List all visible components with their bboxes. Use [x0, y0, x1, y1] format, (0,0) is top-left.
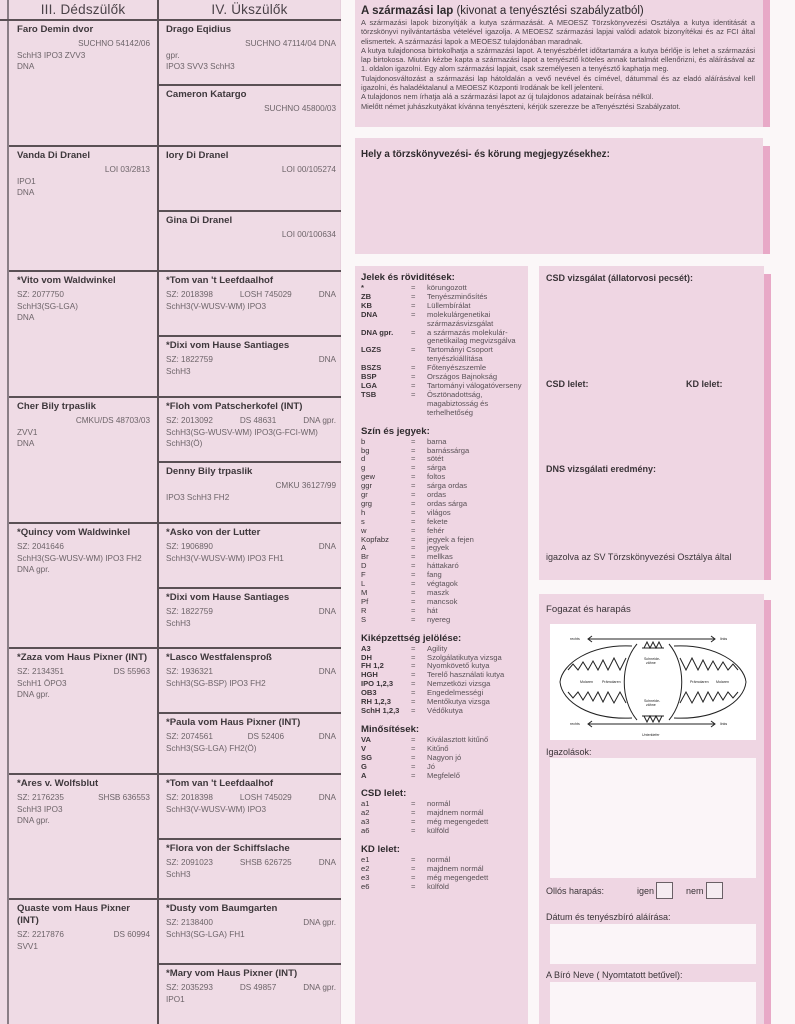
gen4-dog: Drago EqidiusSUCHNO 47114/04 DNAgpr.IPO3… — [166, 24, 336, 73]
row-divider — [158, 587, 341, 589]
registration-row: SZ: 2176235SHSB 636553 — [17, 792, 150, 804]
dog-name: Quaste vom Haus Pixner (INT) — [17, 903, 150, 927]
dog-name: *Flora von der Schiffslache — [166, 843, 336, 855]
gen4-dog: Cameron KatargoSUCHNO 45800/03 — [166, 89, 336, 115]
notes-panel: Hely a törzskönyvezési- és körung megjeg… — [355, 138, 763, 254]
dog-detail: DNA — [17, 312, 150, 324]
gen3-dog: Faro Demin dvorSUCHNO 54142/06SchH3 IPO3… — [17, 24, 150, 73]
dog-name: *Tom van 't Leefdaalhof — [166, 275, 336, 287]
dental-chart-icon: rechtslinks rechtslinks Unterkiefer Mola… — [550, 624, 756, 740]
svg-text:links: links — [720, 722, 727, 726]
row-divider — [158, 963, 341, 965]
dog-detail: SchH3(V-WUSV-WM) IPO3 — [166, 804, 336, 816]
column-divider — [157, 0, 159, 1024]
row-divider — [158, 461, 341, 463]
dog-name: *Dusty vom Baumgarten — [166, 903, 336, 915]
header-great-great-grandparents: IV. Ükszülők — [158, 0, 341, 19]
registration-row: SZ: 1906890DNA — [166, 541, 336, 553]
row-divider — [9, 396, 341, 398]
dog-name: Faro Demin dvor — [17, 24, 150, 36]
dog-name: Drago Eqidius — [166, 24, 336, 36]
row-divider — [158, 838, 341, 840]
dog-name: *Lasco Westfalensproß — [166, 652, 336, 664]
row-divider — [9, 270, 341, 272]
dog-detail: SchH3(V-WUSV-WM) IPO3 FH1 — [166, 553, 336, 565]
registration-row: SZ: 2077750 — [17, 289, 150, 301]
dog-name: *Asko von der Lutter — [166, 527, 336, 539]
header-divider — [0, 19, 341, 21]
dog-detail: SchH3 — [166, 618, 336, 630]
gen4-dog: *Tom van 't LeefdaalhofSZ: 2018398LOSH 7… — [166, 275, 336, 312]
gen4-dog: *Dixi vom Hause SantiagesSZ: 1822759DNAS… — [166, 340, 336, 377]
info-paragraph: Mielőtt német juhászkutyákat kívánna ten… — [361, 102, 755, 111]
abbreviation-row: e6=külföld — [361, 883, 524, 892]
abbreviation-row: A=Megfelelő — [361, 772, 524, 781]
registration-number: CMKU/DS 48703/03 — [17, 415, 150, 427]
row-divider — [158, 335, 341, 337]
teeth-diagram: rechtslinks rechtslinks Unterkiefer Mola… — [550, 624, 756, 740]
teeth-title: Fogazat és harapás — [546, 604, 631, 615]
registration-row: SZ: 1822759DNA — [166, 354, 336, 366]
dog-name: Iory Di Dranel — [166, 150, 336, 162]
dog-detail: SchH3(SG-LGA) — [17, 301, 150, 313]
dog-name: *Tom van 't Leefdaalhof — [166, 778, 336, 790]
abbreviation-row: DNA gpr.=a származás molekulár-genetikai… — [361, 329, 524, 347]
abbreviation-section: Minősítések:VA=Kiválasztott kitűnőV=Kitű… — [361, 724, 524, 781]
dog-detail: IPO1 — [17, 176, 150, 188]
gen3-dog: *Vito vom WaldwinkelSZ: 2077750SchH3(SG-… — [17, 275, 150, 324]
registration-row: SZ: 2138400DNA gpr. — [166, 917, 336, 929]
abbreviation-section: Szín és jegyek:b=barnabg=barnássárgad=sö… — [361, 426, 524, 625]
row-divider — [9, 145, 341, 147]
no-label: nem — [686, 886, 704, 896]
judge-name-field[interactable] — [550, 982, 756, 1024]
gen4-dog: Iory Di DranelLOI 00/105274 — [166, 150, 336, 176]
abbreviation-section: KD lelet:e1=normále2=majdnem normále3=mé… — [361, 844, 524, 892]
csd-exam-label: CSD vizsgálat (állatorvosi pecsét): — [546, 273, 693, 283]
yes-checkbox[interactable] — [656, 882, 673, 899]
section-title: Jelek és röviditések: — [361, 272, 524, 283]
dns-result-label: DNS vizsgálati eredmény: — [546, 464, 656, 474]
dog-detail: SchH3(SG-WUSV-WM) IPO3(G-FCI-WM) — [166, 427, 336, 439]
gen3-dog: *Ares v. WolfsblutSZ: 2176235SHSB 636553… — [17, 778, 150, 827]
row-divider — [9, 773, 341, 775]
dog-detail: DNA gpr. — [17, 564, 150, 576]
dog-detail: SchH3(SG-WUSV-WM) IPO3 FH2 — [17, 553, 150, 565]
registration-number: LOI 00/105274 — [166, 164, 336, 176]
dog-detail: SchH3 — [166, 869, 336, 881]
svg-text:Unterkiefer: Unterkiefer — [642, 733, 660, 737]
dog-name: Cameron Katargo — [166, 89, 336, 101]
section-title: Minősítések: — [361, 724, 524, 735]
date-signature-label: Dátum és tenyészbíró aláírása: — [546, 912, 671, 922]
gen3-dog: *Zaza vom Haus Pixner (INT)SZ: 2134351DS… — [17, 652, 150, 701]
gen4-dog: Gina Di DranelLOI 00/100634 — [166, 215, 336, 241]
dog-detail: IPO3 SVV3 SchH3 — [166, 61, 336, 73]
gen4-dog: *Asko von der LutterSZ: 1906890DNASchH3(… — [166, 527, 336, 564]
gen3-dog: Quaste vom Haus Pixner (INT)SZ: 2217876D… — [17, 903, 150, 952]
info-paragraph: Tulajdonosváltozást a származási lap hát… — [361, 74, 755, 93]
certified-by-label: igazolva az SV Törzskönyvezési Osztálya … — [546, 552, 731, 562]
gen4-dog: *Dixi vom Hause SantiagesSZ: 1822759DNAS… — [166, 592, 336, 629]
vet-exam-panel: CSD vizsgálat (állatorvosi pecsét): CSD … — [539, 266, 764, 580]
section-title: KD lelet: — [361, 844, 524, 855]
registration-row: SZ: 2035293DS 49857DNA gpr. — [166, 982, 336, 994]
dog-detail: ZVV1 — [17, 427, 150, 439]
section-title: Szín és jegyek: — [361, 426, 524, 437]
dog-detail: SchH1 ÖPO3 — [17, 678, 150, 690]
kd-result-label: KD lelet: — [686, 379, 723, 389]
dog-name: Denny Bily trpaslik — [166, 466, 336, 478]
dog-detail: IPO3 SchH3 FH2 — [166, 492, 336, 504]
info-paragraph: A kutya tulajdonosa birtokolhatja a szár… — [361, 46, 755, 74]
abbreviation-section: Kiképzettség jelölése:A3=AgilityDH=Szolg… — [361, 633, 524, 716]
section-title: Kiképzettség jelölése: — [361, 633, 524, 644]
certifications-field[interactable] — [550, 758, 756, 878]
dog-detail: IPO1 — [166, 994, 336, 1006]
svg-text:Molaren: Molaren — [716, 680, 729, 684]
abbreviation-row: S=nyereg — [361, 616, 524, 625]
abbreviation-section: Jelek és röviditések:*=körungozottZB=Ten… — [361, 272, 524, 418]
dog-name: *Vito vom Waldwinkel — [17, 275, 150, 287]
dog-detail: SchH3(SG-BSP) IPO3 FH2 — [166, 678, 336, 690]
scissor-bite-yes: igen — [637, 882, 673, 899]
abbreviation-section: CSD lelet:a1=normála2=majdnem normála3=m… — [361, 788, 524, 836]
notes-title: Hely a törzskönyvezési- és körung megjeg… — [361, 149, 610, 160]
svg-text:rechts: rechts — [570, 637, 580, 641]
info-paragraph: A származási lapok bizonyítják a kutya s… — [361, 18, 755, 46]
gen4-dog: *Dusty vom BaumgartenSZ: 2138400DNA gpr.… — [166, 903, 336, 940]
row-divider — [158, 210, 341, 212]
registration-number: CMKU 36127/99 — [166, 480, 336, 492]
dog-name: *Mary vom Haus Pixner (INT) — [166, 968, 336, 980]
dog-name: *Quincy vom Waldwinkel — [17, 527, 150, 539]
svg-text:rechts: rechts — [570, 722, 580, 726]
gen4-dog: Denny Bily trpaslikCMKU 36127/99IPO3 Sch… — [166, 466, 336, 503]
gen4-dog: *Tom van 't LeefdaalhofSZ: 2018398LOSH 7… — [166, 778, 336, 815]
dog-name: *Dixi vom Hause Santiages — [166, 592, 336, 604]
scissor-bite-label: Ollós harapás: — [546, 886, 604, 896]
registration-row: SZ: 2134351DS 55963 — [17, 666, 150, 678]
notes-area[interactable] — [355, 164, 763, 254]
dog-name: Cher Bily trpaslik — [17, 401, 150, 413]
abbreviation-row: D=háttakaró — [361, 562, 524, 571]
gen4-dog: *Floh vom Patscherkofel (INT)SZ: 2013092… — [166, 401, 336, 450]
registration-number: SUCHNO 45800/03 — [166, 103, 336, 115]
dog-name: *Paula vom Haus Pixner (INT) — [166, 717, 336, 729]
abbreviation-row: SG=Nagyon jó — [361, 754, 524, 763]
abbreviation-row: DNA=molekulárgenetikai származásvizsgála… — [361, 311, 524, 329]
dog-detail: DNA — [17, 438, 150, 450]
dog-detail: DNA — [17, 61, 150, 73]
certifications-label: Igazolások: — [546, 747, 592, 757]
dog-detail: SchH3 IPO3 — [17, 804, 150, 816]
panel-edge — [764, 274, 771, 580]
registration-row: SZ: 2217876DS 60994 — [17, 929, 150, 941]
row-divider — [158, 84, 341, 86]
registration-number: SUCHNO 54142/06 — [17, 38, 150, 50]
registration-number: LOI 03/2813 — [17, 164, 150, 176]
abbreviation-row: Pf=mancsok — [361, 598, 524, 607]
registration-row: SZ: 2018398LOSH 745029DNA — [166, 289, 336, 301]
teeth-panel: Fogazat és harapás rechtslin — [539, 594, 764, 1024]
dog-name: *Ares v. Wolfsblut — [17, 778, 150, 790]
panel-edge — [763, 0, 770, 127]
dog-detail: DNA — [17, 187, 150, 199]
row-divider — [9, 522, 341, 524]
dog-detail: SchH3 IPO3 ZVV3 — [17, 50, 150, 62]
gen4-dog: *Flora von der SchiffslacheSZ: 2091023SH… — [166, 843, 336, 880]
header-great-grandparents: III. Dédszülők — [9, 0, 157, 19]
csd-result-label: CSD lelet: — [546, 379, 589, 389]
row-divider — [9, 647, 341, 649]
abbreviation-legend: Jelek és röviditések:*=körungozottZB=Ten… — [355, 266, 528, 892]
registration-row: SZ: 2074561DS 52406DNA — [166, 731, 336, 743]
info-body: A származási lapok bizonyítják a kutya s… — [361, 18, 755, 111]
dog-detail: DNA gpr. — [17, 815, 150, 827]
left-binding-rule — [7, 0, 9, 1024]
pedigree-table: III. Dédszülők IV. Ükszülők Faro Demin d… — [0, 0, 341, 1024]
registration-number: LOI 00/100634 — [166, 229, 336, 241]
abbreviation-row: TSB=Ösztönadottság, magabiztosság és ter… — [361, 391, 524, 418]
svg-text:links: links — [720, 637, 727, 641]
dog-detail: SVV1 — [17, 941, 150, 953]
info-panel: A származási lap (kivonat a tenyésztési … — [355, 0, 763, 127]
registration-row: SZ: 1936321DNA — [166, 666, 336, 678]
dog-name: *Zaza vom Haus Pixner (INT) — [17, 652, 150, 664]
judge-name-label: A Bíró Neve ( Nyomtatott betűvel): — [546, 970, 683, 980]
svg-text:zähne: zähne — [646, 703, 656, 707]
svg-text:Prämolaren: Prämolaren — [602, 680, 621, 684]
dog-name: Gina Di Dranel — [166, 215, 336, 227]
gen4-dog: *Lasco WestfalensproßSZ: 1936321DNASchH3… — [166, 652, 336, 689]
registration-row: SZ: 2091023SHSB 626725DNA — [166, 857, 336, 869]
no-checkbox[interactable] — [706, 882, 723, 899]
scissor-bite-no: nem — [686, 882, 723, 899]
registration-row: SZ: 2041646 — [17, 541, 150, 553]
dog-detail: SchH3(V-WUSV-WM) IPO3 — [166, 301, 336, 313]
section-title: CSD lelet: — [361, 788, 524, 799]
abbreviation-row: a6=külföld — [361, 827, 524, 836]
gen3-dog: Cher Bily trpaslikCMKU/DS 48703/03ZVV1DN… — [17, 401, 150, 450]
registration-row: SZ: 2018398LOSH 745029DNA — [166, 792, 336, 804]
dog-detail: SchH3(SG-LGA) FH2(Ö) — [166, 743, 336, 755]
dog-detail: gpr. — [166, 50, 336, 62]
dog-detail: DNA gpr. — [17, 689, 150, 701]
gen3-dog: Vanda Di DranelLOI 03/2813IPO1DNA — [17, 150, 150, 199]
dog-name: Vanda Di Dranel — [17, 150, 150, 162]
panel-edge — [763, 146, 770, 254]
dog-detail: SchH3(Ö) — [166, 438, 336, 450]
dog-name: *Dixi vom Hause Santiages — [166, 340, 336, 352]
row-divider — [9, 898, 341, 900]
date-signature-field[interactable] — [550, 924, 756, 964]
info-paragraph: A tulajdonos nem írhatja alá a származás… — [361, 92, 755, 101]
dog-detail: SchH3(SG-LGA) FH1 — [166, 929, 336, 941]
svg-text:Molaren: Molaren — [580, 680, 593, 684]
gen3-dog: *Quincy vom WaldwinkelSZ: 2041646SchH3(S… — [17, 527, 150, 576]
info-title: A származási lap (kivonat a tenyésztési … — [361, 5, 755, 17]
dog-detail: SchH3 — [166, 366, 336, 378]
gen4-dog: *Mary vom Haus Pixner (INT)SZ: 2035293DS… — [166, 968, 336, 1005]
yes-label: igen — [637, 886, 654, 896]
gen4-dog: *Paula vom Haus Pixner (INT)SZ: 2074561D… — [166, 717, 336, 754]
registration-number: SUCHNO 47114/04 DNA — [166, 38, 336, 50]
svg-text:zähne: zähne — [646, 661, 656, 665]
dog-name: *Floh vom Patscherkofel (INT) — [166, 401, 336, 413]
row-divider — [158, 712, 341, 714]
abbreviation-row: LGZS=Tartományi Csoport tenyészkiállítás… — [361, 346, 524, 364]
registration-row: SZ: 1822759DNA — [166, 606, 336, 618]
registration-row: SZ: 2013092DS 48631DNA gpr. — [166, 415, 336, 427]
abbreviations-panel: Jelek és röviditések:*=körungozottZB=Ten… — [355, 266, 528, 1024]
abbreviation-row: SchH 1,2,3=Védőkutya — [361, 707, 524, 716]
svg-text:Prämolaren: Prämolaren — [690, 680, 709, 684]
panel-edge — [764, 600, 771, 1024]
